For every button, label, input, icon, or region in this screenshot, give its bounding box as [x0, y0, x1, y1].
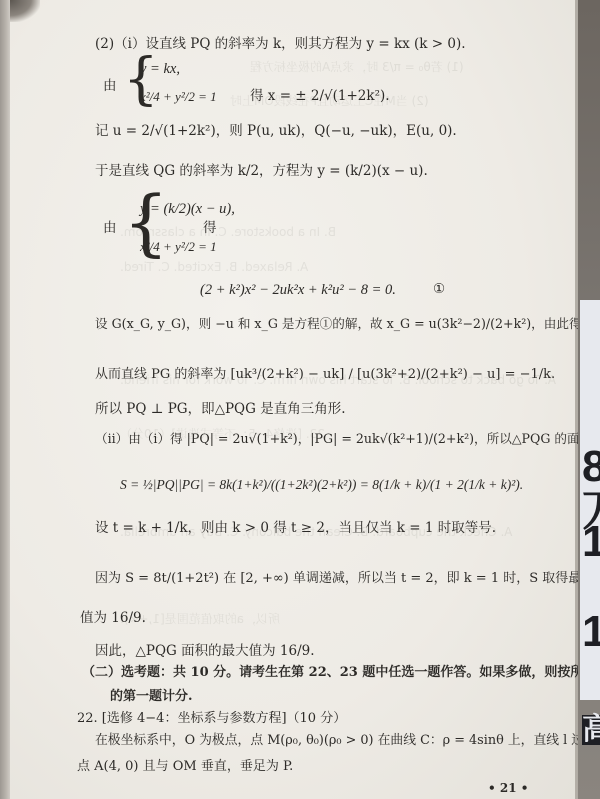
equation-system-2: 由 { y = (k/2)(x − u), x²/4 + y²/2 = 1 得 [95, 192, 335, 264]
solution-line-u: 记 u = 2/√(1+2k²)，则 P(u, uk)，Q(−u, −uk)，E… [95, 125, 457, 139]
solution-line-t: 设 t = k + 1/k，则由 k > 0 得 t ≥ 2，当且仅当 k = … [95, 522, 496, 536]
equation-1: (2 + k²)x² − 2uk²x + k²u² − 8 = 0. [200, 283, 396, 298]
solution-line-pg-slope: 从而直线 PG 的斜率为 [uk³/(2+k²) − uk] / [u(3k²+… [95, 368, 555, 381]
question-22-text: 在极坐标系中，O 为极点，点 M(ρ₀, θ₀)(ρ₀ > 0) 在曲线 C：ρ… [95, 735, 584, 748]
system-eq-1: y = (k/2)(x − u), [140, 202, 235, 217]
elective-header: （二）选考题：共 10 分。请考生在第 22、23 题中任选一题作答。如果多做，… [82, 666, 596, 679]
question-22-title: 22. [选修 4−4：坐标系与参数方程]（10 分） [77, 712, 346, 725]
page-corner-shadow [10, 0, 40, 22]
solution-line-monotonic-cont: 值为 16/9. [80, 612, 146, 626]
system-eq-2: x²/4 + y²/2 = 1 [140, 90, 217, 103]
system-prefix: 由 [103, 222, 117, 236]
system-result: 得 [203, 222, 217, 236]
adjacent-page-fragment: 高 [582, 715, 600, 745]
equation-1-label: ① [433, 283, 445, 297]
page-number: • 21 • [488, 782, 528, 794]
elective-header-cont: 的第一题计分. [110, 690, 193, 703]
question-22-text-cont: 点 A(4, 0) 且与 OM 垂直，垂足为 P. [77, 760, 293, 773]
system-eq-2: x²/4 + y²/2 = 1 [140, 240, 217, 253]
solution-line-qg: 于是直线 QG 的斜率为 k/2，方程为 y = (k/2)(x − u). [95, 165, 428, 179]
area-formula: S = ½|PQ||PG| = 8k(1+k²)/((1+2k²)(2+k²))… [120, 478, 523, 492]
system-result: 得 x = ± 2/√(1+2k²). [250, 90, 390, 104]
solution-line-monotonic: 因为 S = 8t/(1+2t²) 在 [2, +∞) 单调递减，所以当 t =… [95, 572, 600, 585]
system-prefix: 由 [103, 80, 117, 94]
equation-system-1: 由 { y = kx, x²/4 + y²/2 = 1 得 x = ± 2/√(… [95, 58, 335, 110]
solution-line-perp: 所以 PQ ⊥ PG，即△PQG 是直角三角形. [95, 403, 346, 417]
system-eq-1: y = kx, [140, 62, 180, 77]
solution-conclusion: 因此，△PQG 面积的最大值为 16/9. [95, 645, 315, 659]
adjacent-page-fragment: 10 [582, 520, 600, 564]
solution-ii-line-1: （ⅱ）由（ⅰ）得 |PQ| = 2u√(1+k²)，|PG| = 2uk√(k²… [95, 433, 592, 446]
solution-line-g: 设 G(x_G, y_G)，则 −u 和 x_G 是方程①的解，故 x_G = … [95, 318, 600, 331]
adjacent-page-fragment: 11 [582, 610, 600, 654]
document-page: (1) 若θ₀ = π/3 时，求点A的极坐标方程 (2) 当M在C上运动且P在… [10, 0, 575, 799]
